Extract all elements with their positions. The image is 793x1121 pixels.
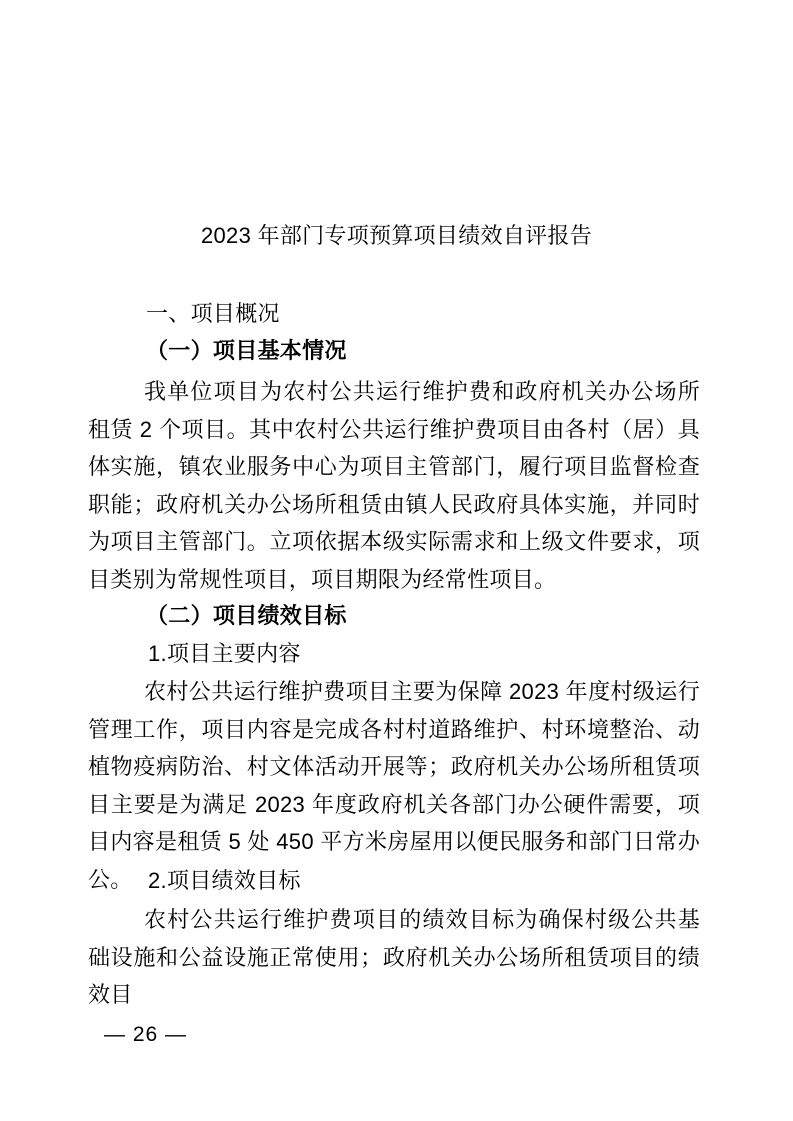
subsection-heading-basic-situation: （一）项目基本情况 <box>88 332 758 370</box>
subheading-main-content: 1.项目主要内容 <box>88 635 760 673</box>
subsection-heading-performance-goals: （二）项目绩效目标 <box>88 597 758 635</box>
subheading-performance-goal: 2.项目绩效目标 <box>88 862 760 900</box>
document-page: 2023 年部门专项预算项目绩效自评报告 一、项目概况 （一）项目基本情况 我单… <box>0 0 793 1121</box>
paragraph-performance-goal: 农村公共运行维护费项目的绩效目标为确保村级公共基础设施和公益设施正常使用；政府机… <box>88 901 700 1014</box>
page-number: — 26 — <box>104 1016 187 1054</box>
report-title: 2023 年部门专项预算项目绩效自评报告 <box>0 217 793 255</box>
paragraph-basic-situation: 我单位项目为农村公共运行维护费和政府机关办公场所租赁 2 个项目。其中农村公共运… <box>88 373 700 598</box>
section-heading-project-overview: 一、项目概况 <box>88 295 758 333</box>
